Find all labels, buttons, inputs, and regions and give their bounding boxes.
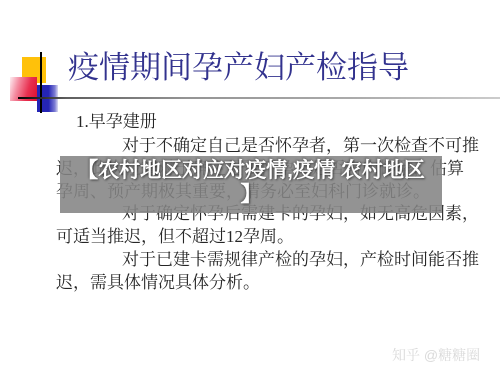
caption-overlay-line2: 】 bbox=[241, 183, 262, 207]
title-divider-line bbox=[18, 97, 500, 99]
slide-title: 疫情期间孕产妇产检指导 bbox=[68, 50, 409, 86]
watermark: 知乎 @糖糖圈 bbox=[392, 345, 480, 365]
body-line-6: 对于已建卡需规律产检的孕妇，产检时间能否推 bbox=[122, 249, 479, 271]
decor-vertical-line bbox=[40, 52, 42, 113]
slide-image: 疫情期间孕产妇产检指导 1.早孕建册 对于不确定自己是否怀孕者，第一次检查不可推… bbox=[0, 0, 500, 375]
body-heading: 1.早孕建册 bbox=[76, 111, 157, 133]
caption-overlay: 【农村地区对应对疫情,疫情 农村地区 】 bbox=[60, 156, 442, 213]
body-line-1: 对于不确定自己是否怀孕者，第一次检查不可推 bbox=[122, 135, 479, 157]
body-line-5: 可适当推迟，但不超过12孕周。 bbox=[56, 226, 294, 248]
caption-overlay-line1: 【农村地区对应对疫情,疫情 农村地区 bbox=[77, 159, 425, 183]
body-line-7: 迟，需具体情况具体分析。 bbox=[56, 272, 260, 294]
